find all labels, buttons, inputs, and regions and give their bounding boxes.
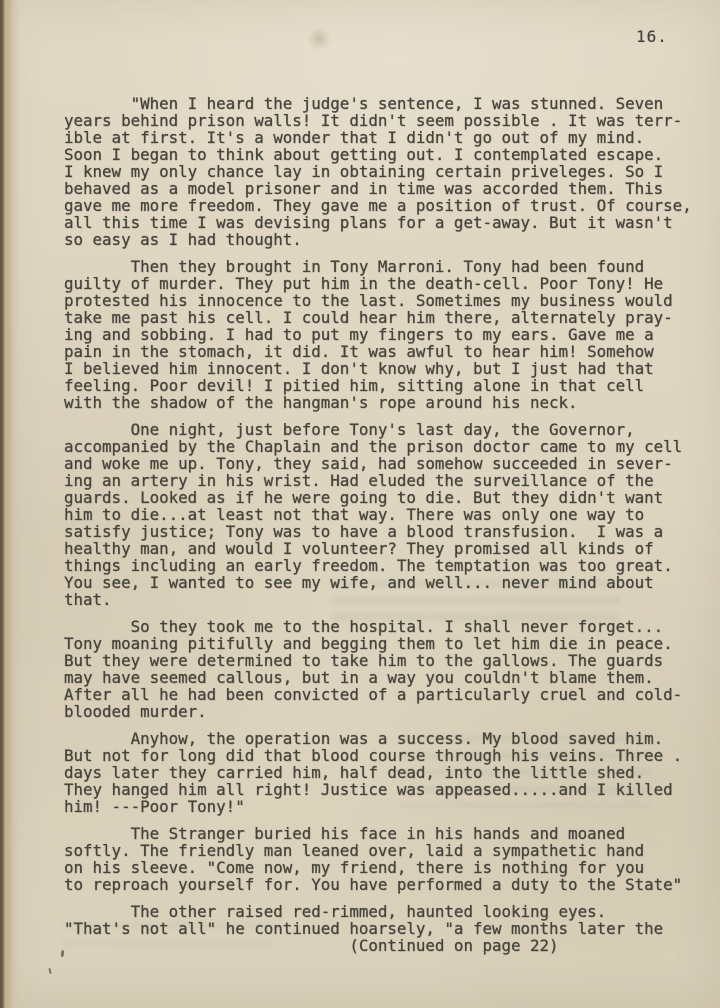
text-line: After all he had been convicted of a par… (64, 686, 714, 703)
manuscript-page: 16. "When I heard the judge's sentence, … (0, 0, 720, 1008)
paragraph: One night, just before Tony's last day, … (64, 421, 714, 608)
text-line: You see, I wanted to see my wife, and we… (64, 574, 714, 591)
text-line: him! ---Poor Tony!" (64, 798, 714, 815)
text-line: may have seemed callous, but in a way yo… (64, 669, 714, 686)
paragraph: Anyhow, the operation was a success. My … (64, 730, 714, 815)
page-left-edge (0, 0, 20, 1008)
text-line: so easy as I had thought. (64, 231, 714, 248)
text-line: "When I heard the judge's sentence, I wa… (64, 95, 714, 112)
text-line: him to die...at least not that way. Ther… (64, 506, 714, 523)
paragraph: The other raised red-rimmed, haunted loo… (64, 903, 714, 954)
text-line: But they were determined to take him to … (64, 652, 714, 669)
text-line: I believed him innocent. I don't know wh… (64, 360, 714, 377)
page-number: 16. (636, 27, 668, 46)
paragraph: Then they brought in Tony Marroni. Tony … (64, 258, 714, 411)
text-line: One night, just before Tony's last day, … (64, 421, 714, 438)
text-line: So they took me to the hospital. I shall… (64, 618, 714, 635)
text-line: guilty of murder. They put him in the de… (64, 275, 714, 292)
text-line: behaved as a model prisoner and in time … (64, 180, 714, 197)
text-line: I knew my only chance lay in obtaining c… (64, 163, 714, 180)
text-line: blooded murder. (64, 703, 714, 720)
text-line: gave me more freedom. They gave me a pos… (64, 197, 714, 214)
text-line: ing and sobbing. I had to put my fingers… (64, 326, 714, 343)
text-line: The other raised red-rimmed, haunted loo… (64, 903, 714, 920)
text-line: things including an early freedom. The t… (64, 557, 714, 574)
text-line: protested his innocence to the last. Som… (64, 292, 714, 309)
text-line: Then they brought in Tony Marroni. Tony … (64, 258, 714, 275)
text-line: pain in the stomach, it did. It was awfu… (64, 343, 714, 360)
text-line: ible at first. It's a wonder that I didn… (64, 129, 714, 146)
text-line: and woke me up. Tony, they said, had som… (64, 455, 714, 472)
paragraph: So they took me to the hospital. I shall… (64, 618, 714, 720)
text-line: (Continued on page 22) (64, 937, 714, 954)
text-line: Anyhow, the operation was a success. My … (64, 730, 714, 747)
text-line: take me past his cell. I could hear him … (64, 309, 714, 326)
text-line: guards. Looked as if he were going to di… (64, 489, 714, 506)
text-line: "That's not all" he continued hoarsely, … (64, 920, 714, 937)
page-body: "When I heard the judge's sentence, I wa… (64, 95, 714, 964)
text-line: satisfy justice; Tony was to have a bloo… (64, 523, 714, 540)
paper-smudge (306, 28, 332, 50)
text-line: feeling. Poor devil! I pitied him, sitti… (64, 377, 714, 394)
text-line: on his sleeve. "Come now, my friend, the… (64, 859, 714, 876)
text-line: days later they carried him, half dead, … (64, 764, 714, 781)
text-line: years behind prison walls! It didn't see… (64, 112, 714, 129)
text-line: accompanied by the Chaplain and the pris… (64, 438, 714, 455)
text-line: Soon I began to think about getting out.… (64, 146, 714, 163)
text-line: all this time I was devising plans for a… (64, 214, 714, 231)
text-line: with the shadow of the hangman's rope ar… (64, 394, 714, 411)
text-line: They hanged him all right! Justice was a… (64, 781, 714, 798)
paragraph: "When I heard the judge's sentence, I wa… (64, 95, 714, 248)
text-line: to reproach yourself for. You have perfo… (64, 876, 714, 893)
text-line: But not for long did that blood course t… (64, 747, 714, 764)
text-line: The Stranger buried his face in his hand… (64, 825, 714, 842)
text-line: ing an artery in his wrist. Had eluded t… (64, 472, 714, 489)
stray-ink-mark (48, 968, 51, 974)
text-line: healthy man, and would I volunteer? They… (64, 540, 714, 557)
text-line: Tony moaning pitifully and begging them … (64, 635, 714, 652)
paragraph: The Stranger buried his face in his hand… (64, 825, 714, 893)
text-line: softly. The friendly man leaned over, la… (64, 842, 714, 859)
text-line: that. (64, 591, 714, 608)
